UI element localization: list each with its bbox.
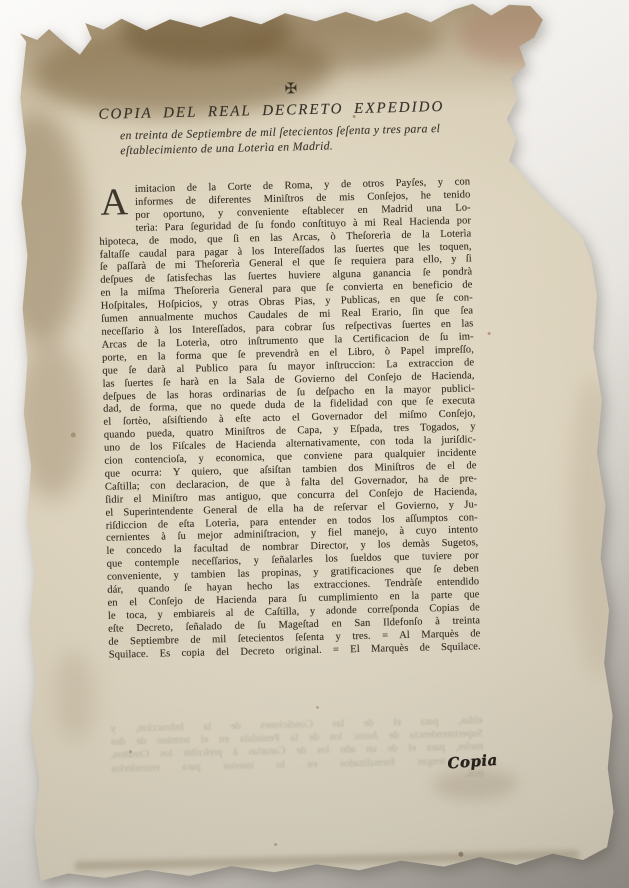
photo-background: ✠ COPIA DEL REAL DECRETO EXPEDIDO en tre… — [0, 0, 629, 888]
left-margin-stain-lower — [14, 339, 90, 501]
decree-subtitle: en treinta de Septiembre de mil ſetecien… — [120, 120, 470, 158]
decree-body-text: imitacion de la Corte de Roma, y de otro… — [99, 176, 481, 660]
paper-shadow-wrap: ✠ COPIA DEL REAL DECRETO EXPEDIDO en tre… — [0, 0, 629, 888]
maltese-cross-icon: ✠ — [114, 76, 468, 100]
bottom-edge-dirt — [74, 850, 579, 870]
document-paper: ✠ COPIA DEL REAL DECRETO EXPEDIDO en tre… — [0, 0, 626, 887]
decree-body: Aimitacion de la Corte de Roma, y de otr… — [98, 176, 481, 662]
drop-cap: A — [100, 186, 128, 225]
printed-content: ✠ COPIA DEL REAL DECRETO EXPEDIDO en tre… — [96, 76, 484, 789]
foxing-specks — [0, 11, 3, 14]
right-edge-stain — [567, 377, 626, 678]
top-stain — [240, 9, 441, 72]
handwritten-copia-note: Copia — [447, 751, 499, 773]
left-margin-stain — [0, 109, 88, 346]
verso-bleedthrough-text: eldas, para el de las Condiciones de la … — [110, 714, 483, 789]
top-right-stain — [458, 4, 571, 65]
top-center-stain — [120, 0, 292, 66]
left-bottom-stain — [53, 649, 97, 742]
